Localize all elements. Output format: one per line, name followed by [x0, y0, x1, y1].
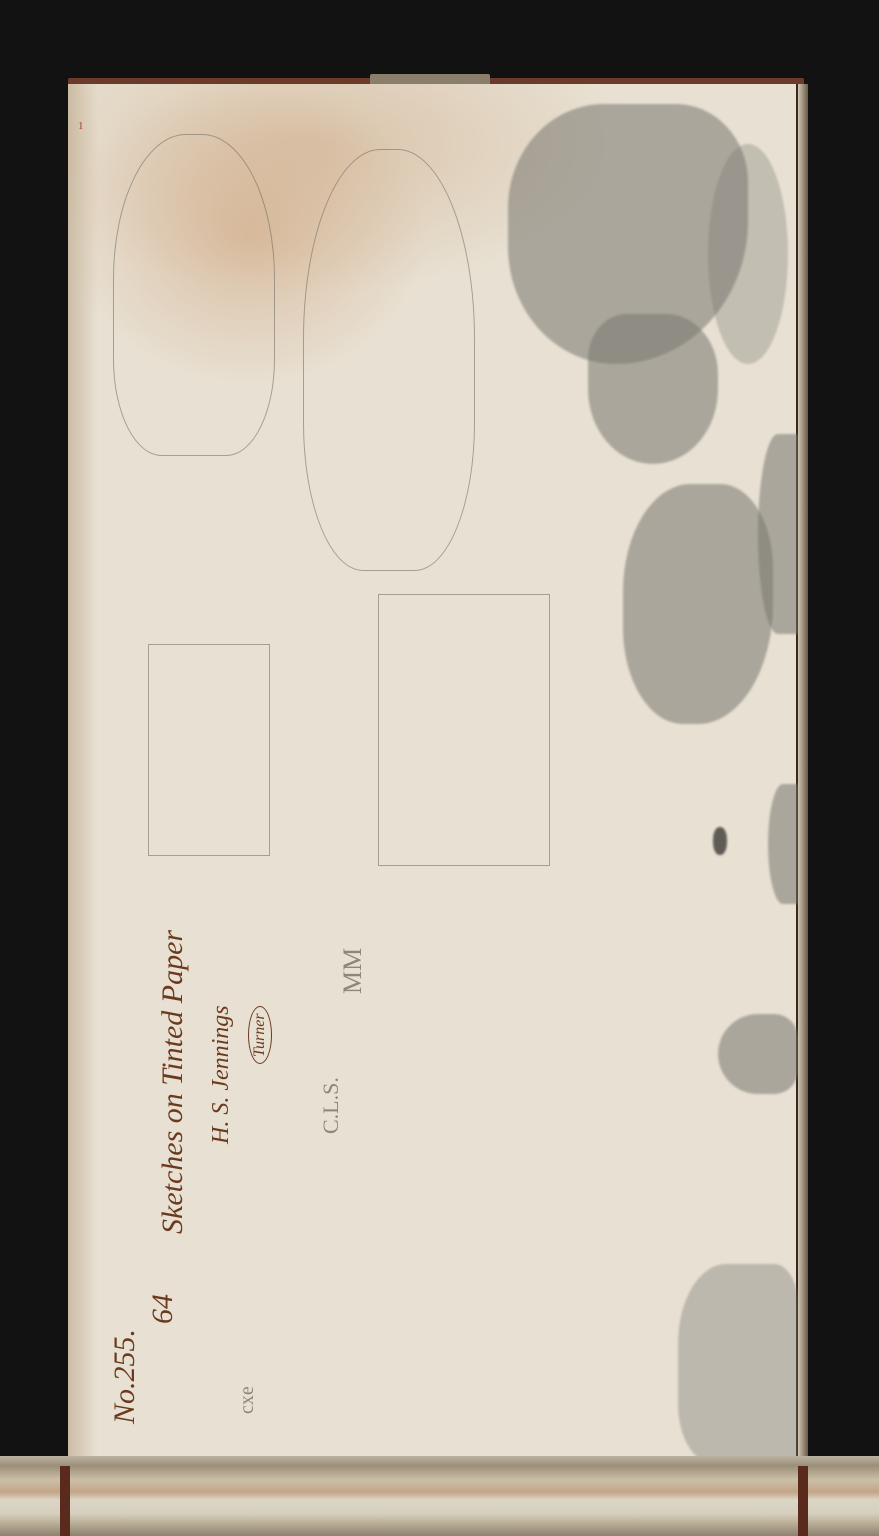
- inscription-catalogue-number: No.255.: [108, 1329, 142, 1424]
- sketchbook-binding: [0, 1456, 879, 1536]
- pencil-mark-cls: C.L.S.: [318, 1077, 344, 1134]
- water-stain-top-drip: [588, 314, 718, 464]
- inscription-count: 64: [146, 1294, 180, 1324]
- water-stain-middle: [623, 484, 773, 724]
- pencil-mark-mm: MM: [338, 948, 368, 994]
- sketch-framed-figures: [148, 644, 270, 856]
- water-stain-right-edge-3: [718, 1014, 798, 1094]
- water-stain-right-edge-2: [768, 784, 798, 904]
- page-number-mark: 1: [78, 120, 84, 132]
- inscription-stamp: Turner: [248, 1006, 272, 1064]
- water-stain-right-edge-1: [758, 434, 798, 634]
- sketchbook-page: 1 No.255. 64 Sketches on Tinted Paper H.…: [68, 84, 796, 1536]
- water-stain-upper-right: [708, 144, 788, 364]
- page-fore-edge: [798, 84, 808, 1464]
- water-stain-bottom-right: [678, 1264, 798, 1464]
- sketch-head-right: [303, 149, 475, 571]
- water-stain-drop: [713, 827, 727, 855]
- pencil-mark-cxe: cxe: [236, 1386, 259, 1414]
- sketch-classical-building: [378, 594, 550, 866]
- inscription-title: Sketches on Tinted Paper: [156, 930, 190, 1234]
- cover-bottom-left: [60, 1466, 70, 1536]
- sketch-head-left: [113, 134, 275, 456]
- inscription-signature: H. S. Jennings: [208, 1005, 235, 1144]
- cover-bottom-right: [798, 1466, 808, 1536]
